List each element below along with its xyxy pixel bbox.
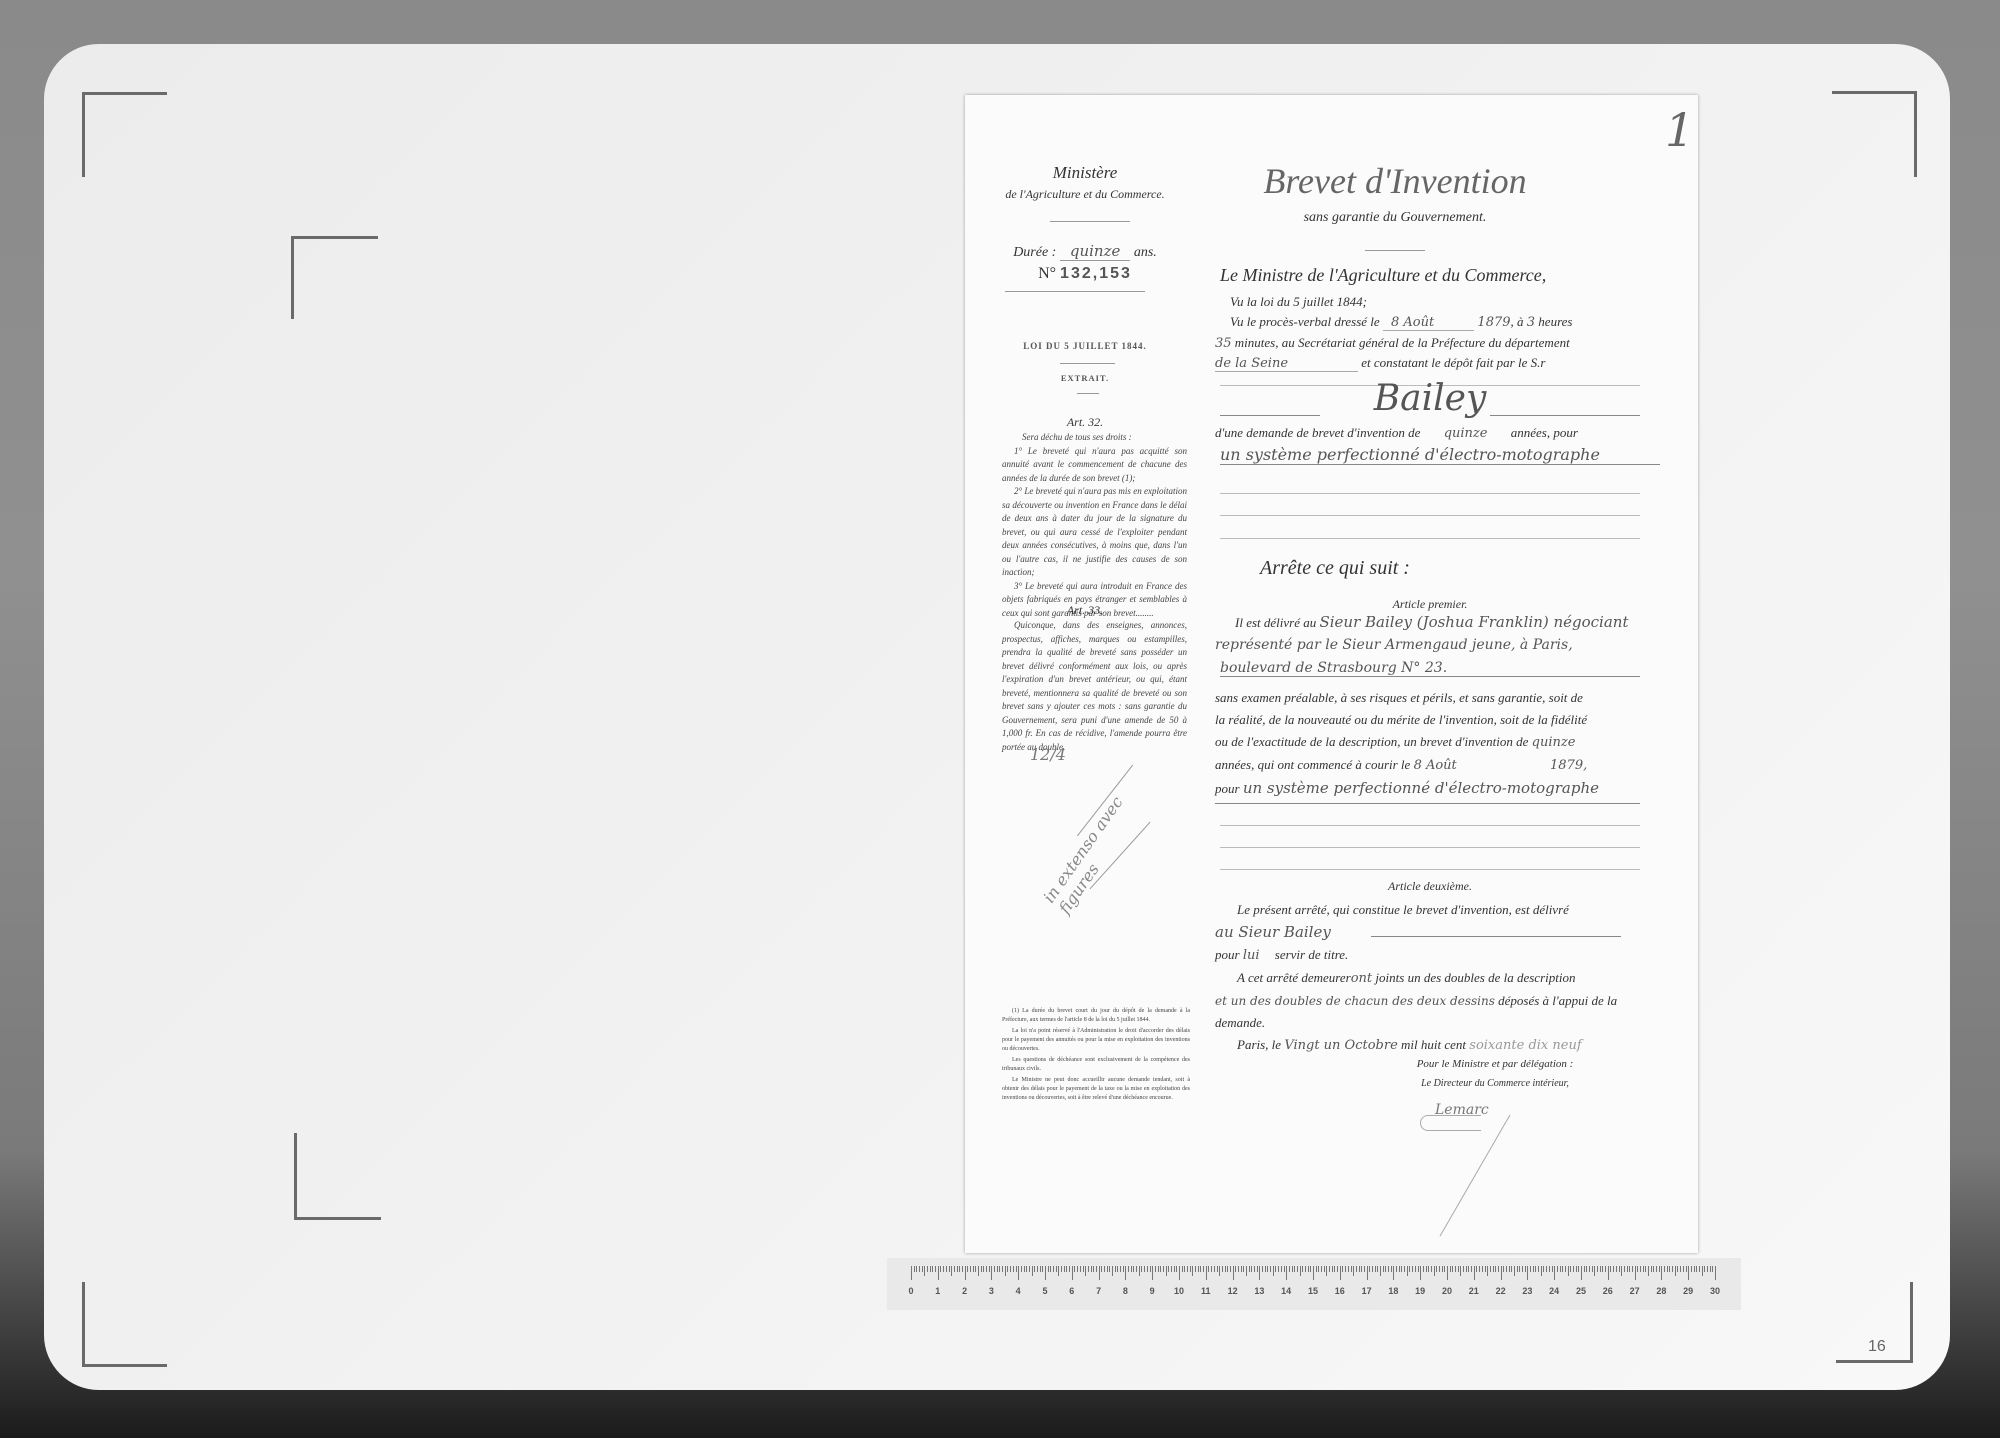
ruler-tick [1600,1266,1601,1272]
archive-page-number: 16 [1868,1338,1886,1356]
ruler-tick [1401,1266,1402,1272]
ruler-tick [1415,1266,1416,1272]
ruler-tick [1297,1266,1298,1272]
art32-text: Sera déchu de tous ses droits : 1° Le br… [1002,431,1187,620]
ruler-tick [949,1266,950,1272]
ruler-label: 29 [1683,1286,1693,1296]
ruler-tick [1393,1266,1394,1280]
ruler-tick [981,1266,982,1272]
ruler-tick [1034,1266,1035,1272]
ruler-tick [1147,1266,1148,1272]
ruler-tick [1160,1266,1161,1272]
ruler-tick [1466,1266,1467,1272]
ruler-tick [978,1266,979,1276]
ministry-line1: Ministère [985,163,1185,183]
ruler-tick [1077,1266,1078,1272]
ruler-label: 21 [1469,1286,1479,1296]
ruler-tick [1490,1266,1491,1272]
annotation-date: 12/4 [1030,745,1066,764]
ruler-tick [1436,1266,1437,1272]
ruler-tick [1115,1266,1116,1272]
form-rule [1220,515,1640,516]
ruler-tick [1474,1266,1475,1280]
ruler-tick [1222,1266,1223,1272]
ruler-tick [1391,1266,1392,1272]
ruler-tick [1643,1266,1644,1272]
form-rule [1220,847,1640,848]
ruler-tick [973,1266,974,1272]
ruler-tick [1125,1266,1126,1280]
ruler-tick [1479,1266,1480,1272]
issue-year: soixante dix neuf [1469,1038,1581,1053]
ruler-tick [1592,1266,1593,1272]
article1-year: 1879, [1550,758,1587,773]
ruler-label: 30 [1710,1286,1720,1296]
ruler-tick [1152,1266,1153,1280]
signature-stroke [1440,1115,1511,1237]
ruler-tick [1423,1266,1424,1272]
ruler-tick [1141,1266,1142,1272]
ruler-tick [1377,1266,1378,1272]
ruler-tick [1420,1266,1421,1280]
ruler-tick [1136,1266,1137,1272]
ruler-tick [1040,1266,1041,1272]
ruler-tick [1664,1266,1665,1272]
art33-title: Art. 33. [985,603,1185,618]
ruler-label: 4 [1016,1286,1021,1296]
ruler-tick [1190,1266,1191,1272]
ruler-tick [1661,1266,1662,1280]
duree-value: quinze [1060,242,1131,261]
ruler-tick [1109,1266,1110,1272]
corner-mark-outer-top-left [82,92,167,177]
ruler-tick [1632,1266,1633,1272]
ruler-tick [1543,1266,1544,1272]
ruler-tick [1525,1266,1526,1272]
divider [1050,221,1130,222]
ruler-tick [1538,1266,1539,1272]
ruler-label: 16 [1335,1286,1345,1296]
ruler-tick [1560,1266,1561,1272]
ruler-tick [1112,1266,1113,1276]
ruler-tick [1310,1266,1311,1272]
ruler-tick [957,1266,958,1272]
ruler-tick [1680,1266,1681,1272]
ruler-tick [1342,1266,1343,1272]
ruler-tick [1249,1266,1250,1272]
ruler-tick [1171,1266,1172,1272]
ruler-tick [1128,1266,1129,1272]
ruler-tick [1241,1266,1242,1272]
ruler-tick [1361,1266,1362,1272]
ruler-tick [1624,1266,1625,1272]
ruler-tick [1396,1266,1397,1272]
ruler-tick [1337,1266,1338,1272]
ruler-tick [1345,1266,1346,1272]
pour-ministre: Pour le Ministre et par délégation : [1365,1058,1625,1070]
ruler-tick [1254,1266,1255,1272]
ruler-tick [1013,1266,1014,1272]
ruler-tick [1096,1266,1097,1272]
ruler-tick [1409,1266,1410,1272]
ruler-label: 18 [1388,1286,1398,1296]
minister-line: Le Ministre de l'Agriculture et du Comme… [1220,265,1546,286]
ruler-tick [1495,1266,1496,1272]
ruler-tick [1677,1266,1678,1272]
demande-duree: quinze [1424,426,1508,441]
patent-number-field: N° 132,153 [985,265,1185,283]
ruler-tick [1683,1266,1684,1272]
ruler-tick [1281,1266,1282,1272]
ruler-tick [1434,1266,1435,1276]
ruler-tick [1710,1266,1711,1272]
ruler-tick [1546,1266,1547,1272]
divider [1077,393,1099,394]
patent-holder: Sieur Bailey (Joshua Franklin) négociant [1319,613,1628,631]
ruler-tick [1442,1266,1443,1272]
ruler-tick [970,1266,971,1272]
ruler-tick [1669,1266,1670,1272]
ruler-tick [1704,1266,1705,1272]
ruler-label: 11 [1201,1286,1211,1296]
ruler-tick [1522,1266,1523,1272]
invention-title: un système perfectionné d'électro-motogr… [1220,445,1660,465]
ruler-tick [1450,1266,1451,1272]
ruler-tick [1259,1266,1260,1280]
article1-start-date: 8 Août [1414,758,1547,773]
ruler-tick [1300,1266,1301,1276]
ruler-tick [1168,1266,1169,1272]
ruler-tick [1439,1266,1440,1272]
ruler-tick [1045,1266,1046,1280]
ruler-tick [1058,1266,1059,1276]
ruler-tick [1050,1266,1051,1272]
ruler-tick [1463,1266,1464,1272]
ruler-tick [1359,1266,1360,1272]
signature-flourish [1420,1115,1481,1131]
ruler-tick [1514,1266,1515,1276]
ruler-label: 26 [1603,1286,1613,1296]
ruler-tick [1541,1266,1542,1276]
ruler-tick [1485,1266,1486,1272]
ruler-label: 8 [1123,1286,1128,1296]
ruler-tick [1444,1266,1445,1272]
ruler-tick [1699,1266,1700,1272]
ruler-tick [1080,1266,1081,1272]
form-rule [1220,538,1640,539]
measuring-ruler: 0123456789101112131415161718192021222324… [887,1258,1741,1310]
ruler-tick [1629,1266,1630,1272]
ruler-tick [1602,1266,1603,1272]
ruler-tick [1613,1266,1614,1272]
ruler-label: 15 [1308,1286,1318,1296]
ruler-tick [1305,1266,1306,1272]
form-rule [1490,415,1640,416]
ruler-tick [1549,1266,1550,1272]
ruler-tick [1321,1266,1322,1272]
ruler-tick [1007,1266,1008,1272]
vu-loi-line: Vu la loi du 5 juillet 1844; [1230,294,1367,310]
ruler-tick [1511,1266,1512,1272]
ruler-tick [1238,1266,1239,1272]
ruler-tick [1552,1266,1553,1272]
ruler-tick [1091,1266,1092,1272]
ruler-tick [1243,1266,1244,1272]
ruler-tick [911,1266,912,1280]
form-rule [1220,493,1640,494]
demande-line: d'une demande de brevet d'invention de q… [1215,425,1665,441]
ruler-tick [965,1266,966,1280]
corner-mark-inner-top-left [291,236,378,319]
ruler-tick [1289,1266,1290,1272]
ruler-tick [1562,1266,1563,1272]
ruler-tick [1506,1266,1507,1272]
ruler-tick [1364,1266,1365,1272]
ruler-tick [1487,1266,1488,1276]
minutes-line: 35 minutes, au Secrétariat général de la… [1215,335,1665,351]
ruler-tick [1554,1266,1555,1280]
ruler-tick [991,1266,992,1280]
ruler-tick [1192,1266,1193,1276]
ruler-tick [1573,1266,1574,1272]
ruler-tick [1627,1266,1628,1272]
ruler-tick [1246,1266,1247,1276]
ruler-tick [1176,1266,1177,1272]
ruler-tick [1694,1266,1695,1272]
article2-holder: au Sieur Bailey [1215,923,1331,941]
ruler-tick [1123,1266,1124,1272]
article1-body: sans examen préalable, à ses risques et … [1215,687,1655,800]
article1-invention: un système perfectionné d'électro-motogr… [1243,779,1599,797]
article2-body: Le présent arrêté, qui constitue le brev… [1215,899,1665,1057]
ruler-label: 24 [1549,1286,1559,1296]
ruler-label: 27 [1630,1286,1640,1296]
ruler-tick [1324,1266,1325,1272]
ruler-tick [1530,1266,1531,1272]
annotation-in-extenso: in extenso avec figures [1039,781,1150,917]
ruler-tick [1048,1266,1049,1272]
ruler-tick [1619,1266,1620,1272]
ruler-tick [1503,1266,1504,1272]
ruler-tick [1174,1266,1175,1272]
ruler-tick [1380,1266,1381,1276]
ruler-tick [1616,1266,1617,1272]
ruler-tick [1645,1266,1646,1272]
ruler-tick [1179,1266,1180,1280]
ruler-tick [1069,1266,1070,1272]
divider [1060,363,1115,364]
article2-drawings: et un des doubles de chacun des deux des… [1215,994,1495,1008]
ruler-tick [1166,1266,1167,1276]
ruler-tick [1334,1266,1335,1272]
ruler-tick [1447,1266,1448,1280]
ruler-tick [940,1266,941,1272]
ruler-tick [1667,1266,1668,1272]
ruler-label: 23 [1522,1286,1532,1296]
art33-text: Quiconque, dans des enseignes, annonces,… [1002,619,1187,754]
document-title: Brevet d'Invention [1215,160,1575,202]
ruler-tick [1265,1266,1266,1272]
ruler-tick [1455,1266,1456,1272]
ruler-tick [1637,1266,1638,1272]
deposit-minutes: 35 [1215,336,1232,351]
article1-holder-line: Il est délivré au Sieur Bailey (Joshua F… [1235,613,1675,631]
ruler-tick [1318,1266,1319,1272]
ruler-tick [1257,1266,1258,1272]
ruler-tick [1262,1266,1263,1272]
article-premier-title: Article premier. [1220,597,1640,612]
ruler-tick [914,1266,915,1272]
ruler-tick [1383,1266,1384,1272]
ruler-tick [989,1266,990,1272]
patent-document-page: 1 Ministère de l'Agriculture et du Comme… [965,95,1698,1253]
ruler-label: 1 [935,1286,940,1296]
ruler-tick [1635,1266,1636,1280]
folio-number: 1 [1665,103,1694,157]
ruler-tick [1353,1266,1354,1276]
ruler-tick [1099,1266,1100,1280]
ruler-tick [1621,1266,1622,1276]
ruler-tick [1675,1266,1676,1276]
ruler-tick [1211,1266,1212,1272]
article1-representative: représenté par le Sieur Armengaud jeune,… [1215,637,1665,653]
deposit-hour: 3 [1527,315,1535,330]
ruler-tick [1026,1266,1027,1272]
ruler-tick [1029,1266,1030,1272]
applicant-name: Bailey [1220,378,1640,419]
ruler-tick [935,1266,936,1272]
ruler-tick [1053,1266,1054,1272]
ruler-tick [1329,1266,1330,1272]
corner-mark-inner-bottom-left [294,1133,381,1220]
corner-mark-outer-top-right [1832,91,1917,177]
ruler-tick [1217,1266,1218,1272]
divider [1365,250,1425,251]
article-deuxieme-title: Article deuxième. [1220,879,1640,894]
ruler-tick [1412,1266,1413,1272]
ruler-tick [1501,1266,1502,1280]
ruler-tick [1219,1266,1220,1276]
ruler-tick [986,1266,987,1272]
ruler-tick [1418,1266,1419,1272]
ruler-tick [1565,1266,1566,1272]
proces-verbal-line: Vu le procès-verbal dressé le 8 Août 187… [1230,314,1660,330]
ruler-tick [930,1266,931,1272]
ruler-tick [1230,1266,1231,1272]
ruler-tick [1586,1266,1587,1272]
ruler-tick [1570,1266,1571,1272]
ruler-tick [1605,1266,1606,1272]
ruler-tick [1578,1266,1579,1272]
ruler-tick [954,1266,955,1272]
ruler-tick [919,1266,920,1272]
ruler-tick [1200,1266,1201,1272]
ruler-tick [1458,1266,1459,1272]
ruler-label: 17 [1362,1286,1372,1296]
ministry-heading: Ministère de l'Agriculture et du Commerc… [985,163,1185,202]
ruler-label: 0 [908,1286,913,1296]
ruler-tick [1005,1266,1006,1276]
ruler-tick [1251,1266,1252,1272]
ruler-tick [1388,1266,1389,1272]
ruler-label: 3 [989,1286,994,1296]
article1-address: boulevard de Strasbourg N° 23. [1220,660,1640,677]
ruler-tick [1270,1266,1271,1272]
article1-duree: quinze [1532,735,1576,750]
ruler-tick [1093,1266,1094,1272]
law-title: LOI DU 5 JUILLET 1844. [985,341,1185,351]
ruler-label: 28 [1656,1286,1666,1296]
ruler-tick [1042,1266,1043,1272]
ruler-label: 7 [1096,1286,1101,1296]
ruler-tick [975,1266,976,1272]
ruler-tick [983,1266,984,1272]
ruler-tick [1527,1266,1528,1280]
ruler-tick [1568,1266,1569,1276]
ruler-tick [1672,1266,1673,1272]
ruler-tick [1032,1266,1033,1276]
ruler-tick [1002,1266,1003,1272]
ruler-tick [1074,1266,1075,1272]
ruler-tick [1431,1266,1432,1272]
ruler-tick [1640,1266,1641,1272]
ruler-tick [927,1266,928,1272]
ruler-tick [1061,1266,1062,1272]
ruler-label: 2 [962,1286,967,1296]
ruler-tick [1659,1266,1660,1272]
ruler-tick [1348,1266,1349,1272]
ruler-tick [997,1266,998,1272]
departement-line: de la Seine et constatant le dépôt fait … [1215,355,1665,371]
ruler-tick [1351,1266,1352,1272]
ruler-tick [1308,1266,1309,1272]
ruler-tick [1294,1266,1295,1272]
ruler-tick [1010,1266,1011,1272]
ruler-tick [938,1266,939,1280]
ruler-tick [951,1266,952,1276]
ruler-tick [1326,1266,1327,1276]
ruler-tick [1313,1266,1314,1280]
ruler-tick [1182,1266,1183,1272]
ruler-tick [1133,1266,1134,1272]
ruler-tick [1533,1266,1534,1272]
ruler-tick [1493,1266,1494,1272]
ruler-tick [1712,1266,1713,1272]
ruler-tick [1691,1266,1692,1272]
ruler-tick [1375,1266,1376,1272]
ruler-tick [1206,1266,1207,1280]
ruler-label: 19 [1415,1286,1425,1296]
divider [1005,291,1145,292]
patent-number: 132,153 [1060,265,1132,282]
ruler-tick [1286,1266,1287,1280]
ruler-tick [1203,1266,1204,1272]
ruler-tick [932,1266,933,1272]
deposit-year: 1879 [1477,315,1510,330]
ruler-tick [1024,1266,1025,1272]
arrete-heading: Arrête ce qui suit : [1260,557,1410,580]
ruler-tick [1399,1266,1400,1272]
ruler-tick [1316,1266,1317,1272]
ruler-tick [1707,1266,1708,1272]
ruler-label: 12 [1228,1286,1238,1296]
ruler-tick [1576,1266,1577,1272]
ruler-tick [1332,1266,1333,1272]
ruler-label: 5 [1042,1286,1047,1296]
ruler-tick [1517,1266,1518,1272]
ruler-label: 10 [1174,1286,1184,1296]
ruler-tick [1278,1266,1279,1272]
